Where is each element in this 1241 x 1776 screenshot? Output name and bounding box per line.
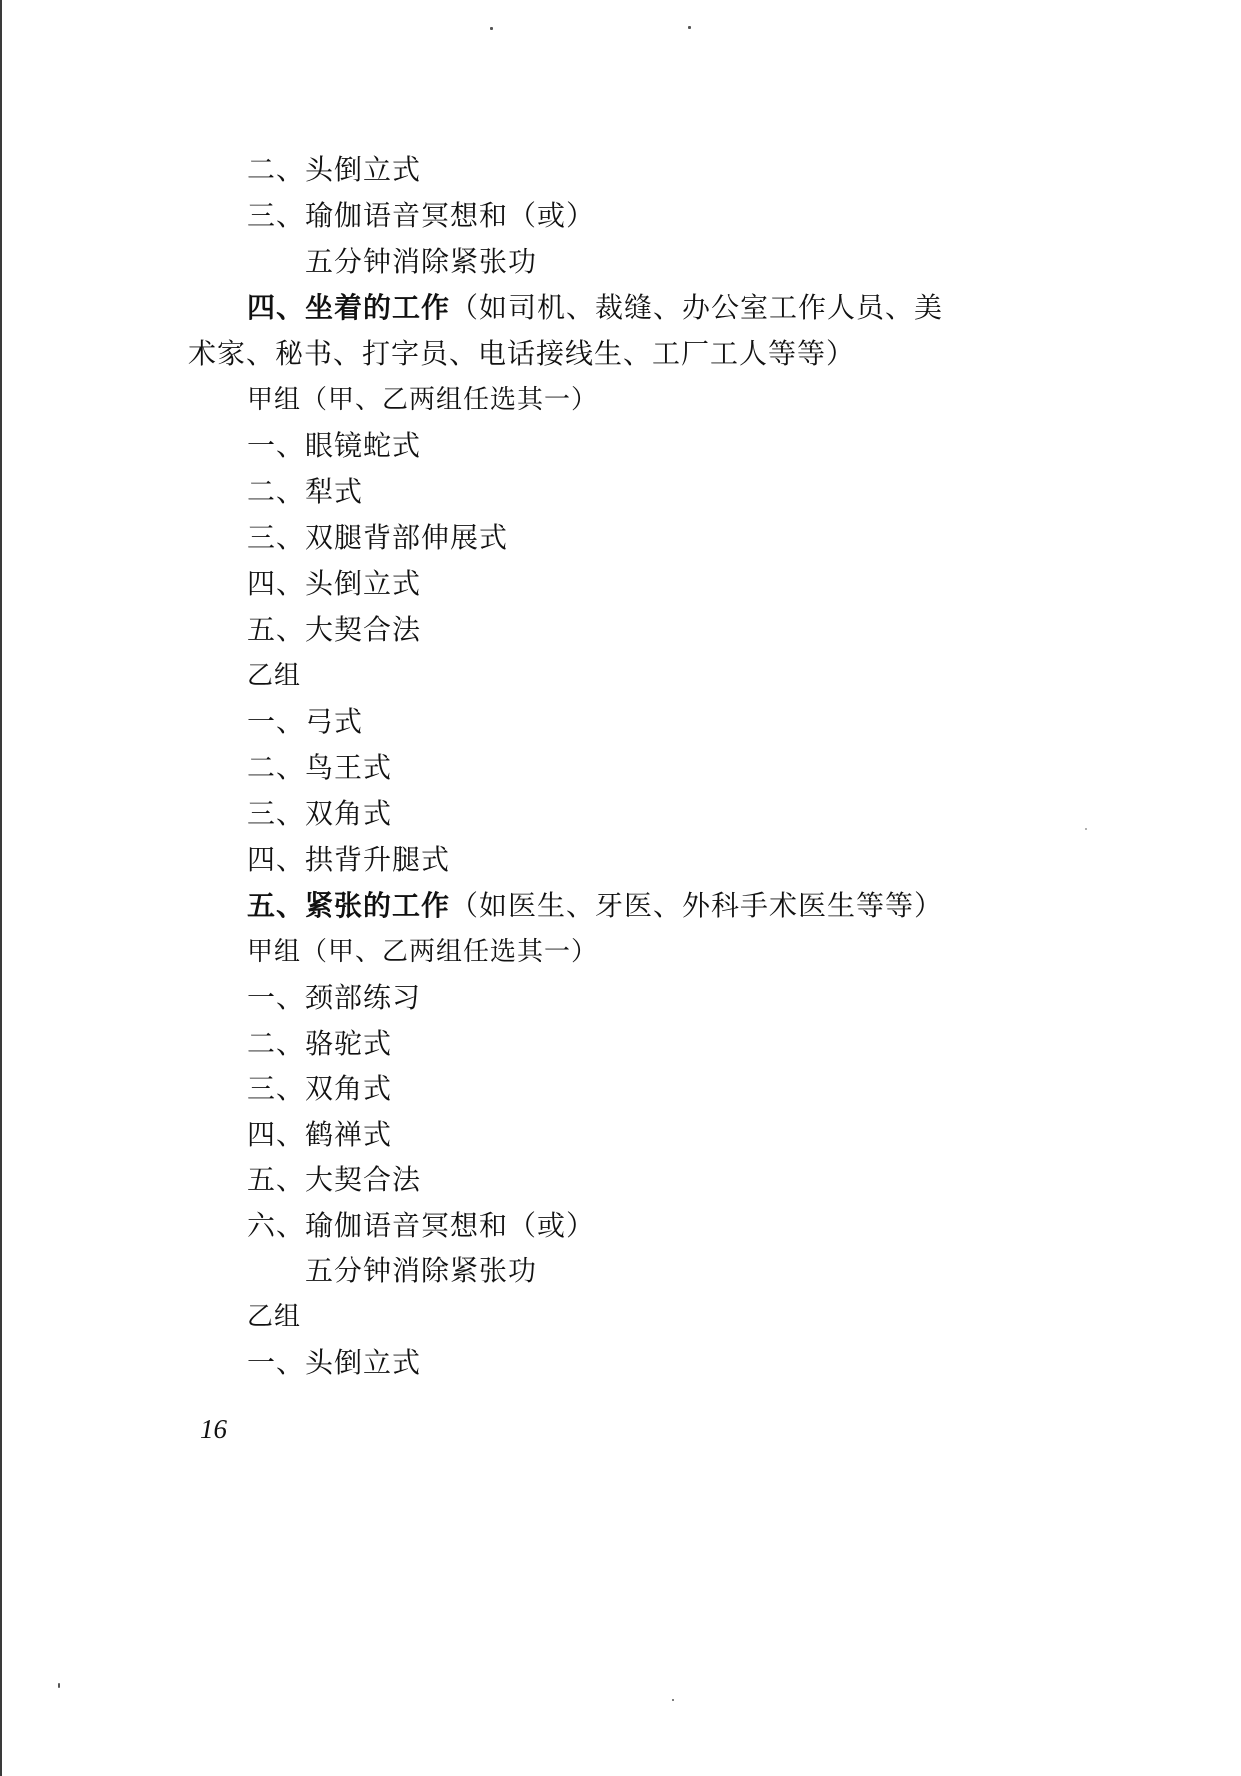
line-text: 四、头倒立式 <box>247 567 421 600</box>
line-text: 甲组（甲、乙两组任选其一） <box>247 385 598 415</box>
list-item: 二、骆驼式 <box>247 1027 392 1061</box>
line-text: 三、双角式 <box>247 1072 392 1105</box>
line-text: 一、眼镜蛇式 <box>247 429 421 462</box>
line-text: 一、颈部练习 <box>247 981 421 1014</box>
line-text: 五、大契合法 <box>247 1163 421 1196</box>
line-text: 二、犁式 <box>247 475 363 508</box>
page-number: 16 <box>200 1414 227 1445</box>
line-text: 四、拱背升腿式 <box>247 843 450 876</box>
list-item: 五、大契合法 <box>247 1163 421 1197</box>
list-item: 一、头倒立式 <box>247 1346 421 1380</box>
group-label: 甲组（甲、乙两组任选其一） <box>247 935 598 969</box>
section-heading: 四、坐着的工作（如司机、裁缝、办公室工作人员、美 <box>247 291 943 325</box>
list-item: 一、颈部练习 <box>247 981 421 1015</box>
list-item-continuation: 五分钟消除紧张功 <box>305 245 537 279</box>
line-text: 二、鸟王式 <box>247 751 392 784</box>
section-heading-title: 五、紧张的工作 <box>247 889 450 922</box>
section-heading-note: （如医生、牙医、外科手术医生等等） <box>450 889 943 922</box>
section-heading-title: 四、坐着的工作 <box>247 291 450 324</box>
line-text: 乙组 <box>247 661 301 691</box>
list-item: 四、拱背升腿式 <box>247 843 450 877</box>
list-item: 一、弓式 <box>247 705 363 739</box>
line-text: 术家、秘书、打字员、电话接线生、工厂工人等等） <box>188 337 855 370</box>
scan-speck <box>1085 828 1087 830</box>
section-heading-note: （如司机、裁缝、办公室工作人员、美 <box>450 291 943 324</box>
line-text: 五、大契合法 <box>247 613 421 646</box>
line-text: 一、弓式 <box>247 705 363 738</box>
list-item: 二、鸟王式 <box>247 751 392 785</box>
list-item: 三、瑜伽语音冥想和（或） <box>247 199 595 233</box>
section-heading: 五、紧张的工作（如医生、牙医、外科手术医生等等） <box>247 889 943 923</box>
group-label: 乙组 <box>247 1300 301 1334</box>
line-text: 四、鹤禅式 <box>247 1118 392 1151</box>
list-item: 四、头倒立式 <box>247 567 421 601</box>
line-text: 三、双腿背部伸展式 <box>247 521 508 554</box>
list-item: 三、双角式 <box>247 1072 392 1106</box>
list-item: 一、眼镜蛇式 <box>247 429 421 463</box>
list-item: 三、双腿背部伸展式 <box>247 521 508 555</box>
group-label: 乙组 <box>247 659 301 693</box>
list-item-continuation: 五分钟消除紧张功 <box>305 1254 537 1288</box>
document-page: 二、头倒立式 三、瑜伽语音冥想和（或） 五分钟消除紧张功 四、坐着的工作（如司机… <box>0 0 1241 1776</box>
line-text: 甲组（甲、乙两组任选其一） <box>247 937 598 967</box>
line-text: 三、双角式 <box>247 797 392 830</box>
line-text: 二、头倒立式 <box>247 153 421 186</box>
list-item: 五、大契合法 <box>247 613 421 647</box>
scan-speck <box>688 26 691 29</box>
list-item: 二、犁式 <box>247 475 363 509</box>
scan-speck <box>490 27 493 30</box>
line-text: 五分钟消除紧张功 <box>305 1254 537 1287</box>
line-text: 三、瑜伽语音冥想和（或） <box>247 199 595 232</box>
group-label: 甲组（甲、乙两组任选其一） <box>247 383 598 417</box>
line-text: 一、头倒立式 <box>247 1346 421 1379</box>
line-text: 五分钟消除紧张功 <box>305 245 537 278</box>
list-item: 三、双角式 <box>247 797 392 831</box>
line-text: 二、骆驼式 <box>247 1027 392 1060</box>
line-text: 乙组 <box>247 1302 301 1332</box>
list-item: 四、鹤禅式 <box>247 1118 392 1152</box>
line-text: 六、瑜伽语音冥想和（或） <box>247 1209 595 1242</box>
list-item: 六、瑜伽语音冥想和（或） <box>247 1209 595 1243</box>
scan-speck <box>672 1699 674 1701</box>
list-item: 二、头倒立式 <box>247 153 421 187</box>
section-heading-wrap: 术家、秘书、打字员、电话接线生、工厂工人等等） <box>188 337 855 371</box>
scan-speck <box>58 1683 60 1688</box>
